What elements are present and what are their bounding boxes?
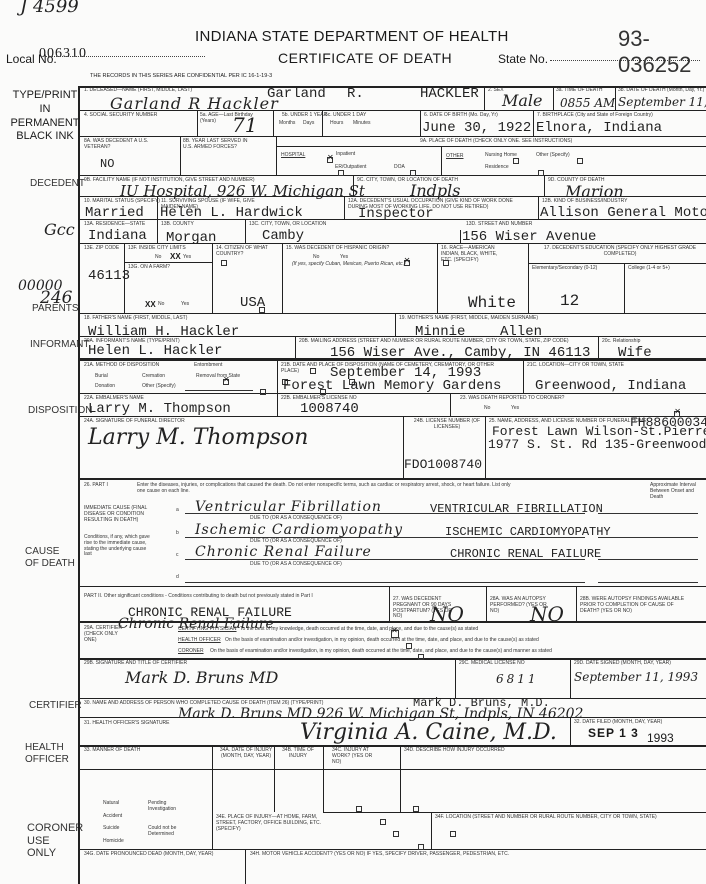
label-residence-county: 13b. COUNTY <box>161 222 194 228</box>
cause-line-letter: d <box>176 575 179 581</box>
disposition-location-value: Greenwood, Indiana <box>535 378 686 394</box>
label-manner-of-death: 33. MANNER OF DEATH <box>84 748 140 754</box>
section-label-cause-of-death: CAUSE OF DEATH <box>25 546 75 569</box>
label-no: No <box>313 255 319 261</box>
checkbox-accident[interactable] <box>380 819 386 825</box>
physician-statement: To the best of my knowledge, death occur… <box>240 627 478 633</box>
label-accident: Accident <box>103 814 122 820</box>
label-health-officer: HEALTH OFFICER <box>178 638 221 644</box>
health-officer-signature: Virginia A. Caine, M.D. <box>300 720 557 745</box>
date-filed-month-day: SEP 1 3 <box>588 726 639 740</box>
checkbox-could-not-determine[interactable] <box>450 831 456 837</box>
cause-b-handwritten: Ischemic Cardiomyopathy <box>195 522 403 538</box>
label-interval: Approximate Interval Between Onset and D… <box>650 483 700 500</box>
checkbox-pending[interactable] <box>413 806 419 812</box>
label-er-outpatient: ER/Outpatient <box>335 165 366 171</box>
occupation-value: Inspector <box>358 206 434 222</box>
label-yes: Yes <box>511 406 519 412</box>
label-race: 16. RACE—American Indian, Black, White, … <box>441 246 506 263</box>
confidential-notice: THE RECORDS IN THIS SERIES ARE CONFIDENT… <box>90 73 272 79</box>
label-mailing-address: 20b. MAILING ADDRESS (Street and Number … <box>299 339 569 345</box>
label-disposition-location: 21c. LOCATION—City or Town, State <box>527 363 624 369</box>
veteran-value: NO <box>100 157 114 171</box>
label-injury-at-work: 34c. INJURY AT WORK? (Yes or no) <box>332 748 382 765</box>
checkbox-doa[interactable] <box>410 170 416 176</box>
mailing-address-value: 156 Wiser Ave., Camby, IN 46113 <box>330 345 590 361</box>
section-label-health-officer: HEALTH OFFICER <box>25 742 75 765</box>
label-time-of-injury: 34b. TIME OF INJURY <box>278 748 318 760</box>
label-deceased-name: 1. DECEASED—NAME (First, Middle, Last) <box>84 88 192 94</box>
label-immediate-cause: IMMEDIATE CAUSE (Final disease or condit… <box>84 506 149 523</box>
label-yes: Yes <box>340 255 348 261</box>
street-value: 156 Wiser Avenue <box>462 229 596 245</box>
label-donation: Donation <box>95 384 115 390</box>
residence-county-value: Morgan <box>166 230 216 246</box>
margin-note: Gcc <box>44 220 75 239</box>
label-yes: Yes <box>181 302 189 308</box>
disposition-place-value: Forest Lawn Memory Gardens <box>283 378 501 394</box>
label-on-a-farm: 13g. ON A FARM? <box>128 265 170 271</box>
marital-status-value: Married <box>85 205 144 221</box>
label-hours: Hours <box>330 121 343 127</box>
label-date-pronounced-dead: 34g. DATE PRONOUNCED DEAD (Month, Day, Y… <box>84 852 213 858</box>
label-under-1-day: 5c. UNDER 1 DAY <box>325 113 366 119</box>
label-ssn: 4. SOCIAL SECURITY NUMBER <box>84 113 157 119</box>
cause-line-letter: a <box>176 508 179 514</box>
residence-city-value: Camby <box>262 228 304 244</box>
embalmer-name-value: Larry M. Thompson <box>88 401 231 417</box>
funeral-director-signature: Larry M. Thompson <box>88 425 308 450</box>
date-signed-value: September 11, 1993 <box>574 670 698 684</box>
label-inpatient: Inpatient <box>336 152 355 158</box>
section-label-coroner-use: CORONER USE ONLY <box>27 822 77 860</box>
label-hospital: HOSPITAL <box>281 153 305 159</box>
time-of-death-value: 0855 AM <box>560 96 615 110</box>
medical-license-value: 6811 <box>496 672 539 686</box>
education-elementary-value: 12 <box>560 292 579 310</box>
date-of-birth-value: June 30, 1922 <box>422 120 531 136</box>
label-medical-license: 29c. MEDICAL LICENSE NO <box>459 661 525 667</box>
label-residence: Residence <box>485 165 509 171</box>
xx-mark: XX <box>170 252 181 261</box>
checkbox-inside-city-no[interactable] <box>221 260 227 266</box>
label-other-disposition: Other (Specify) <box>142 384 176 390</box>
agency-title: INDIANA STATE DEPARTMENT OF HEALTH <box>195 28 509 45</box>
label-motor-vehicle-accident: 34h. MOTOR VEHICLE ACCIDENT? (Yes or no)… <box>250 852 509 858</box>
label-could-not-determine: Could not be Determined <box>148 826 193 838</box>
health-officer-statement: On the basis of examination and/or inves… <box>225 638 539 644</box>
deceased-last-typed: HACKLER <box>420 86 479 102</box>
label-zip: 13e. ZIP CODE <box>84 246 119 252</box>
label-cremation: Cremation <box>142 374 165 380</box>
age-value: 71 <box>232 113 257 137</box>
label-autopsy-findings: 28b. WERE AUTOPSY FINDINGS AVAILABLE PRI… <box>580 597 685 614</box>
label-mothers-name: 19. MOTHER'S NAME (First, Middle, Maiden… <box>399 316 538 322</box>
section-label-certifier: CERTIFIER <box>29 700 82 712</box>
label-place-of-injury: 34e. PLACE OF INJURY—At home, farm, stre… <box>216 815 331 832</box>
label-education: 17. DECEDENT'S EDUCATION (Specify only h… <box>540 246 700 258</box>
race-value: White <box>468 294 516 312</box>
label-elementary-secondary: Elementary/Secondary (0-12) <box>532 266 597 272</box>
label-date-signed: 29d. DATE SIGNED (Month, Day, Year) <box>574 661 671 667</box>
date-of-death-value: September 11, 1993 <box>618 95 706 109</box>
pregnant-value: NO <box>430 602 464 626</box>
section-label-parents: PARENTS <box>32 303 79 315</box>
label-date-filed: 32. DATE FILED (Month, Day, Year) <box>574 720 662 726</box>
label-natural: Natural <box>103 801 119 807</box>
label-certifying-physician: CERTIFYING PHYSICIAN <box>178 627 237 633</box>
label-business-industry: 12b. KIND OF BUSINESS/INDUSTRY <box>542 199 627 205</box>
residence-state-value: Indiana <box>88 228 147 244</box>
label-street: 13d. STREET AND NUMBER <box>466 222 532 228</box>
label-reported-to-coroner: 23. WAS DEATH REPORTED TO CORONER? <box>460 396 564 402</box>
due-to-label: DUE TO (OR AS A CONSEQUENCE OF) <box>250 516 342 522</box>
label-minutes: Minutes <box>353 121 371 127</box>
label-residence-state: 13a. RESIDENCE—STATE <box>84 222 145 228</box>
state-no-label: State No. <box>498 52 548 66</box>
label-residence-city: 13c. CITY, TOWN, OR LOCATION <box>249 222 326 228</box>
cause-c-handwritten: Chronic Renal Failure <box>195 544 372 560</box>
label-removal-from-state: Removal from State <box>196 374 240 380</box>
label-certifier-signature: 29b. SIGNATURE AND TITLE OF CERTIFIER <box>84 661 187 667</box>
stamped-certificate-number: 93-036252 <box>618 26 706 78</box>
sex-value: Male <box>502 91 543 110</box>
relationship-value: Wife <box>618 345 652 361</box>
date-filed-year: 1993 <box>647 731 674 745</box>
label-suicide: Suicide <box>103 826 119 832</box>
label-marital-status: 10. MARITAL STATUS (Specify) <box>84 199 164 205</box>
funeral-home-line2: 1977 S. St. Rd 135-Greenwood, IN <box>488 437 706 452</box>
label-nursing-home: Nursing Home <box>485 153 517 159</box>
xx-mark: XX <box>145 300 156 309</box>
checkbox-other-specify[interactable] <box>577 158 583 164</box>
checkbox-donation[interactable] <box>260 389 266 395</box>
label-part-ii: PART II. Other significant conditions - … <box>84 594 329 600</box>
label-fathers-name: 18. FATHER'S NAME (First, Middle, Last) <box>84 316 187 322</box>
business-industry-value: Allison General Motors <box>540 205 706 221</box>
label-yes: Yes <box>183 255 191 261</box>
coroner-statement: On the basis of examination and/or inves… <box>210 649 552 655</box>
part-i-instructions: Enter the diseases, injuries, or complic… <box>137 483 517 495</box>
embalmer-license-value: 1008740 <box>300 401 359 417</box>
label-relationship: 20c. Relationship <box>602 339 640 345</box>
checkbox-natural[interactable] <box>356 806 362 812</box>
label-date-of-death: 3b. DATE OF DEATH (Month, Day, Yr.) <box>618 88 706 94</box>
label-birthplace: 7. BIRTHPLACE (City and State of Foreign… <box>537 113 653 119</box>
label-certifier: 29a. CERTIFIER (Check only one) <box>84 626 124 643</box>
label-time-of-death: 3a. TIME OF DEATH <box>556 88 603 94</box>
certifier-signature: Mark D. Bruns MD <box>125 668 278 687</box>
label-burial: Burial <box>95 374 108 380</box>
label-other: OTHER <box>446 154 464 160</box>
label-pending: Pending Investigation <box>148 801 193 813</box>
local-no-value: 006310 <box>39 46 87 62</box>
label-college: College (1-4 or 5+) <box>628 266 670 272</box>
cause-line-letter: b <box>176 531 179 537</box>
label-injury-location: 34f. LOCATION (Street and Number or Rura… <box>435 815 657 821</box>
deceased-middle-typed: R. <box>347 86 364 102</box>
label-other-specify: Other (Specify) <box>536 153 570 159</box>
label-inside-city-limits: 13f. INSIDE CITY LIMITS <box>128 246 186 252</box>
label-citizen-of: 14. CITIZEN OF WHAT COUNTRY? <box>216 246 276 258</box>
checkbox-suicide[interactable] <box>393 831 399 837</box>
label-part-i: 26. PART I <box>84 483 108 489</box>
label-how-injury-occurred: 34d. DESCRIBE HOW INJURY OCCURRED <box>404 748 505 754</box>
label-funeral-license-number: 24b. LICENSE NUMBER (of Licensee) <box>407 419 487 431</box>
label-doa: DOA <box>394 165 405 171</box>
checkbox-inpatient[interactable] <box>327 157 333 163</box>
label-veteran: 8a. WAS DECEDENT A U.S. VETERAN? <box>84 139 164 151</box>
due-to-label: DUE TO (OR AS A CONSEQUENCE OF) <box>250 562 342 568</box>
citizen-value: USA <box>240 295 265 311</box>
birthplace-value: Elnora, Indiana <box>536 120 662 136</box>
label-disposition-method: 21a. METHOD OF DISPOSITION <box>84 363 159 369</box>
cause-line-letter: c <box>176 553 179 559</box>
corner-handwritten-note: J 4599 <box>20 0 79 17</box>
certificate-title: CERTIFICATE OF DEATH <box>278 50 452 66</box>
funeral-license-value: FDO1008740 <box>404 457 482 472</box>
label-date-of-birth: 6. DATE OF BIRTH (Mo. Day, Yr) <box>424 113 498 119</box>
label-funeral-director-signature: 24a. SIGNATURE OF FUNERAL DIRECTOR <box>84 419 185 425</box>
deceased-name-handwritten: Garland R Hackler <box>110 94 279 113</box>
label-days: Days <box>303 121 314 127</box>
label-no: No <box>158 302 164 308</box>
label-hispanic-origin: 15. WAS DECEDENT OF HISPANIC ORIGIN? <box>286 246 389 252</box>
label-homicide: Homicide <box>103 839 124 845</box>
section-label-decedent: DECEDENT <box>30 178 85 190</box>
autopsy-value: NO <box>530 602 564 626</box>
label-no: No <box>155 255 161 261</box>
label-place-of-death: 9a. PLACE OF DEATH (Check only one. See … <box>420 139 572 145</box>
checkbox-homicide[interactable] <box>418 844 424 850</box>
label-conditions: Conditions, if any, which gave rise to t… <box>84 535 154 558</box>
label-year-served: 8b. YEAR LAST SERVED IN U.S. ARMED FORCE… <box>183 139 253 151</box>
surviving-spouse-value: Helen L. Hardwick <box>160 205 303 221</box>
label-no: No <box>484 406 490 412</box>
label-date-of-injury: 34a. DATE OF INJURY (Month, Day, Year) <box>216 748 276 760</box>
label-under-1-year: 5b. UNDER 1 YEAR <box>282 113 327 119</box>
label-entombment: Entombment <box>194 363 222 369</box>
label-coroner: CORONER <box>178 649 204 655</box>
informant-name-value: Helen L. Hackler <box>88 343 222 359</box>
label-health-officer-signature: 31. HEALTH OFFICER'S SIGNATURE <box>84 721 170 727</box>
label-months: Months <box>279 121 295 127</box>
type-print-instruction: TYPE/PRINT IN PERMANENT BLACK INK <box>10 89 80 144</box>
hispanic-hint: (If yes, specify Cuban, Mexican, Puerto … <box>292 262 412 268</box>
